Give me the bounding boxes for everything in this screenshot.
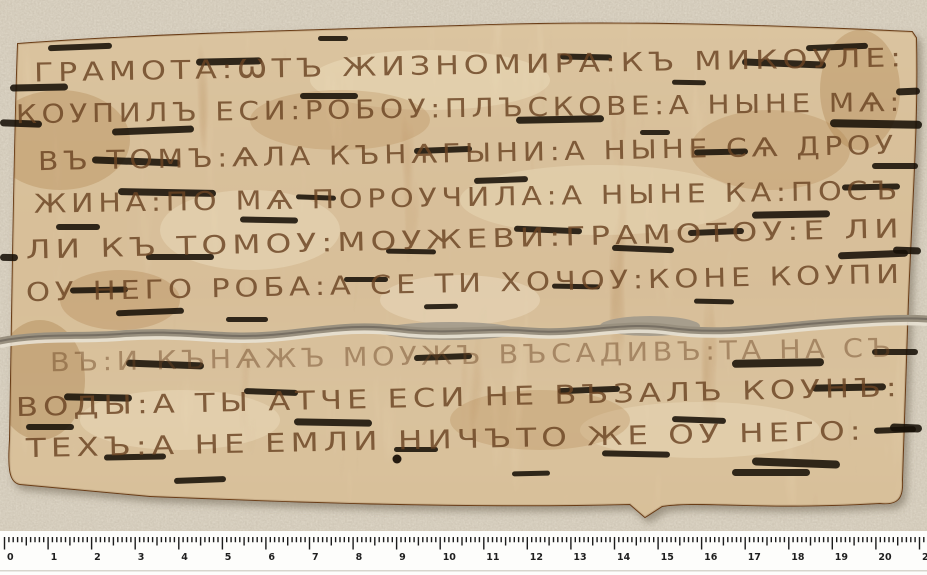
lenticel-streak	[26, 424, 74, 430]
lenticel-streak	[890, 423, 922, 432]
birch-bark-photo: ГРАМОТА:ѠТЪ ЖИЗНОМИРА:КЪ МИКОУЛЕ: КОУПИЛ…	[0, 0, 927, 575]
ruler-number: 12	[530, 552, 543, 563]
lenticel-streak	[56, 224, 100, 230]
ruler-number: 11	[486, 552, 499, 563]
ruler: 0123456789101112131415161718192021	[0, 531, 927, 575]
ruler-number: 7	[312, 552, 319, 563]
ruler-number: 2	[94, 552, 101, 563]
ruler-number: 9	[399, 552, 406, 563]
lenticel-streak	[424, 304, 458, 310]
birch-bark-document: ГРАМОТА:ѠТЪ ЖИЗНОМИРА:КЪ МИКОУЛЕ: КОУПИЛ…	[0, 0, 927, 575]
ruler-number: 4	[181, 552, 188, 563]
ruler-number: 14	[617, 552, 631, 563]
lenticel-streak	[893, 246, 921, 254]
ruler-number: 16	[704, 552, 718, 563]
ruler-strip-line	[0, 570, 927, 572]
lenticel-streak	[318, 36, 348, 41]
ruler-number: 17	[748, 552, 761, 563]
ruler-number: 0	[7, 552, 14, 563]
lenticel-streak	[294, 418, 372, 426]
lenticel-streak	[672, 80, 706, 86]
lenticel-streak	[732, 469, 810, 476]
lenticel-streak	[694, 299, 734, 305]
lenticel-streak	[0, 254, 18, 261]
ruler-number: 6	[268, 552, 275, 563]
lenticel-streak	[512, 471, 550, 477]
ruler-number: 1	[51, 552, 58, 563]
ruler-number: 21	[922, 552, 927, 563]
lenticel-streak	[226, 317, 268, 322]
ruler-number: 15	[661, 552, 674, 563]
ruler-number: 20	[878, 552, 892, 563]
ruler-number: 19	[835, 552, 848, 563]
ruler-number: 13	[573, 552, 586, 563]
ruler-number: 3	[138, 552, 145, 563]
ruler-number: 10	[443, 552, 457, 563]
ruler-number: 18	[791, 552, 805, 563]
lenticel-streak	[240, 216, 298, 223]
photo-background: ГРАМОТА:ѠТЪ ЖИЗНОМИРА:КЪ МИКОУЛЕ: КОУПИЛ…	[0, 0, 927, 575]
ruler-number: 8	[356, 552, 363, 563]
lenticel-streak	[872, 163, 918, 169]
bark-hole	[393, 455, 402, 464]
ruler-number: 5	[225, 552, 232, 563]
